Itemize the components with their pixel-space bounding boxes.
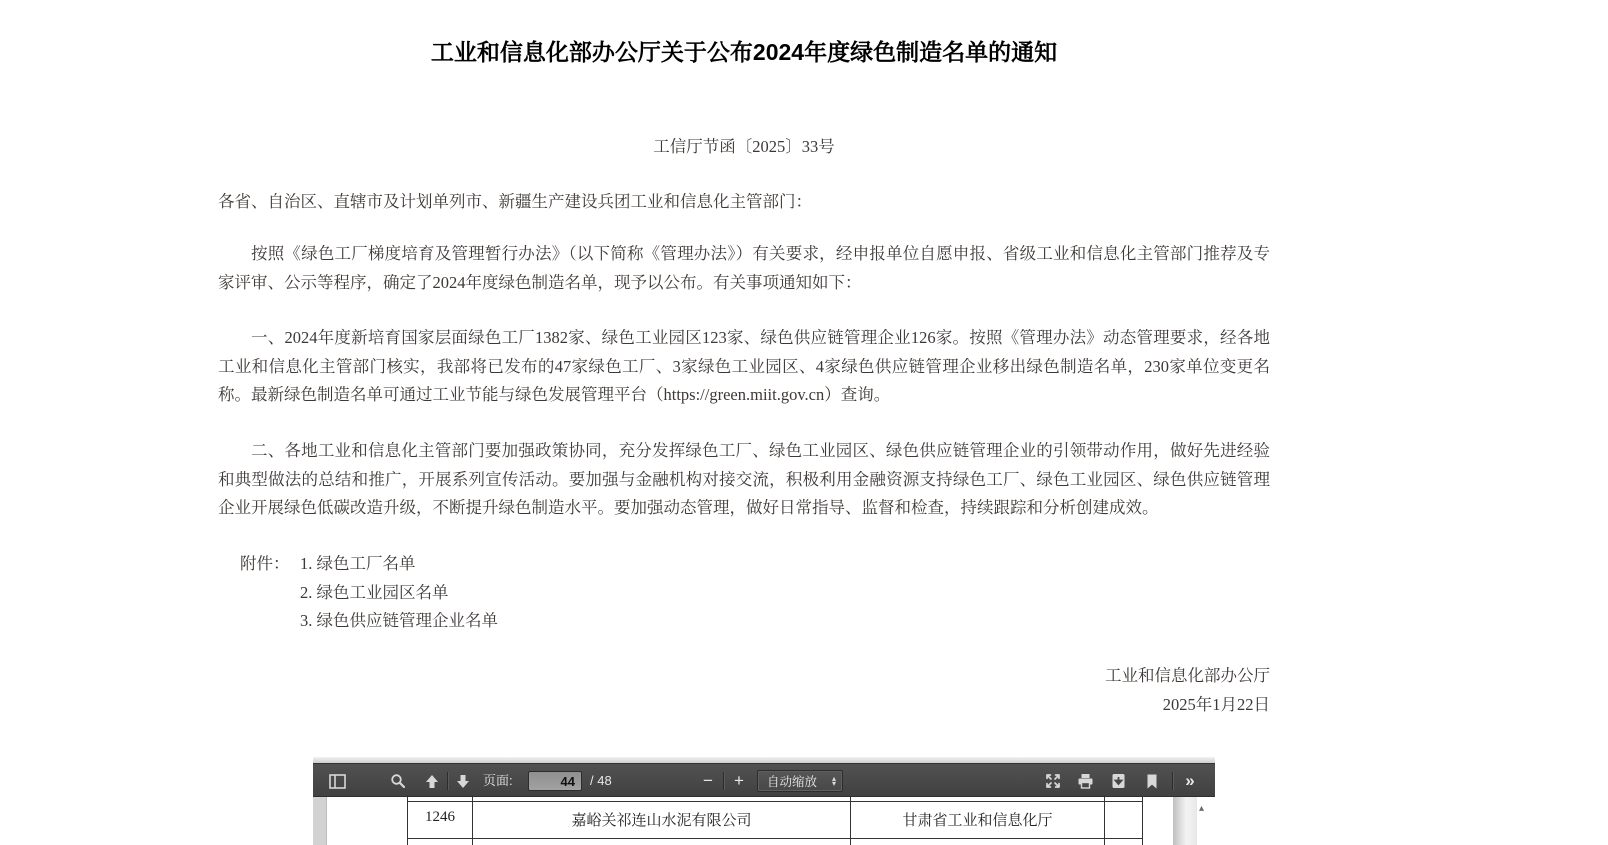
table-cell-department: 甘肃省工业和信息化厅 xyxy=(850,797,1104,845)
select-arrows-icon: ▴▾ xyxy=(826,776,842,786)
page-title: 工业和信息化部办公厅关于公布2024年度绿色制造名单的通知 xyxy=(218,34,1270,67)
zoom-level-value: 自动缩放 xyxy=(758,772,826,790)
page-number-input[interactable] xyxy=(528,771,582,791)
pdf-toolbar: 页面: / 48 − + 自动缩放 ▴▾ xyxy=(313,763,1215,797)
paragraph-item-2: 二、各地工业和信息化主管部门要加强政策协同，充分发挥绿色工厂、绿色工业园区、绿色… xyxy=(218,437,1270,523)
double-chevron-icon: » xyxy=(1185,771,1194,791)
previous-page-button[interactable] xyxy=(419,768,445,794)
next-page-button[interactable] xyxy=(450,768,476,794)
download-button[interactable] xyxy=(1105,768,1131,794)
department-name: 甘肃省工业和信息化厅 xyxy=(851,809,1104,830)
sidebar-toggle-icon xyxy=(329,774,346,789)
more-tools-button[interactable]: » xyxy=(1177,768,1203,794)
pdf-page-content: 1246 嘉峪关祁连山水泥有限公司 甘肃省工业和信息化厅 ▴ xyxy=(313,797,1215,845)
presentation-mode-button[interactable] xyxy=(1040,768,1066,794)
page-down-icon xyxy=(455,774,471,789)
green-factory-table: 1246 嘉峪关祁连山水泥有限公司 甘肃省工业和信息化厅 xyxy=(407,797,1143,845)
sidebar-toggle-button[interactable] xyxy=(324,768,350,794)
table-cell-blank xyxy=(1104,797,1143,845)
signer-name: 工业和信息化部办公厅 xyxy=(1105,662,1270,691)
attachment-item-3: 3. 绿色供应链管理企业名单 xyxy=(300,607,498,636)
paragraph-item-1: 一、2024年度新培育国家层面绿色工厂1382家、绿色工业园区123家、绿色供应… xyxy=(218,324,1270,410)
zoom-in-button[interactable]: + xyxy=(726,768,752,794)
toolbar-separator xyxy=(1172,772,1173,790)
search-icon xyxy=(390,773,406,789)
table-cell-company: 嘉峪关祁连山水泥有限公司 xyxy=(472,797,850,845)
paragraph-intro: 按照《绿色工厂梯度培育及管理暂行办法》（以下简称《管理办法》）有关要求，经申报单… xyxy=(218,240,1270,297)
print-button[interactable] xyxy=(1072,768,1098,794)
attachment-item-2: 2. 绿色工业园区名单 xyxy=(300,579,498,608)
search-button[interactable] xyxy=(385,768,411,794)
pdf-viewer: 页面: / 48 − + 自动缩放 ▴▾ xyxy=(313,757,1215,845)
viewer-scrollbar[interactable]: ▴ xyxy=(1197,797,1215,845)
scroll-up-arrow-icon[interactable]: ▴ xyxy=(1199,803,1204,814)
bookmark-button[interactable] xyxy=(1139,768,1165,794)
page-left-margin xyxy=(313,797,327,845)
salutation-line: 各省、自治区、直辖市及计划单列市、新疆生产建设兵团工业和信息化主管部门： xyxy=(218,188,1270,217)
page-total-label: / 48 xyxy=(590,764,612,798)
document-number: 工信厅节函〔2025〕33号 xyxy=(218,133,1270,162)
toolbar-separator xyxy=(723,772,724,790)
table-cell-index: 1246 xyxy=(407,797,472,845)
company-name: 嘉峪关祁连山水泥有限公司 xyxy=(473,809,850,830)
bookmark-icon xyxy=(1146,774,1158,789)
page-up-icon xyxy=(424,774,440,789)
page-number-label: 页面: xyxy=(483,764,513,798)
signature-block: 工业和信息化部办公厅 2025年1月22日 xyxy=(1105,662,1270,720)
page-right-edge xyxy=(1173,797,1197,845)
zoom-level-select[interactable]: 自动缩放 ▴▾ xyxy=(757,770,843,792)
attachments-list: 附件： 1. 绿色工厂名单 2. 绿色工业园区名单 3. 绿色供应链管理企业名单 xyxy=(240,550,498,636)
attachments-label: 附件： xyxy=(240,550,300,636)
print-icon xyxy=(1077,773,1094,789)
fullscreen-icon xyxy=(1045,773,1061,789)
sign-date: 2025年1月22日 xyxy=(1105,691,1270,720)
zoom-in-icon: + xyxy=(734,771,744,791)
row-index: 1246 xyxy=(408,809,472,826)
download-icon xyxy=(1111,773,1126,789)
attachment-item-1: 1. 绿色工厂名单 xyxy=(300,550,498,579)
zoom-out-icon: − xyxy=(703,771,713,791)
zoom-out-button[interactable]: − xyxy=(695,768,721,794)
toolbar-separator xyxy=(447,772,448,790)
